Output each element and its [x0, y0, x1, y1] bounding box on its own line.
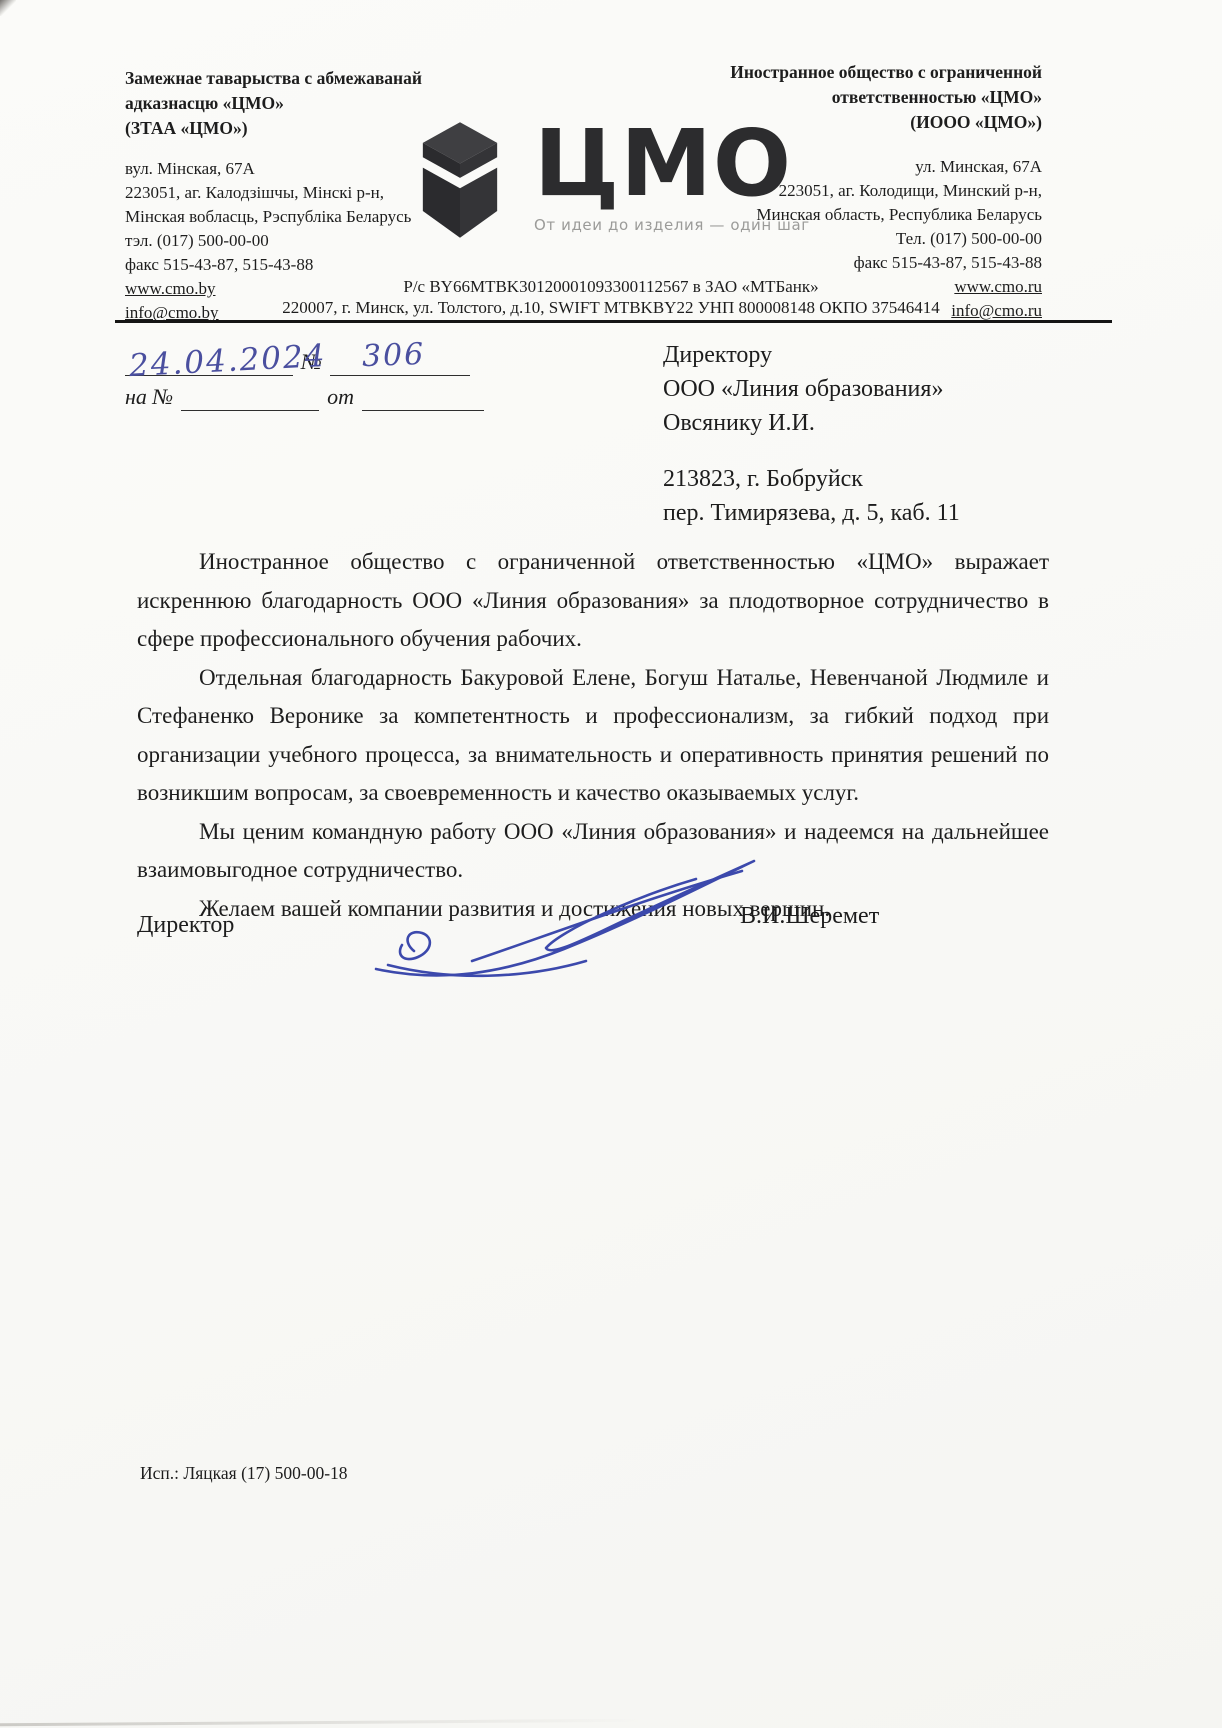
date-field-line: 24.04.2024: [125, 342, 293, 376]
box-logo-icon: [408, 116, 512, 244]
header-divider-rule: [115, 320, 1112, 323]
recipient-block: Директору ООО «Линия образования» Овсяни…: [663, 338, 960, 530]
bank-details: Р/с BY66MTBK30120001093300112567 в ЗАО «…: [0, 276, 1222, 318]
recipient-street: пер. Тимирязева, д. 5, каб. 11: [663, 496, 960, 530]
reply-na-label: на №: [125, 384, 181, 411]
bank-address-line: 220007, г. Минск, ул. Толстого, д.10, SW…: [0, 297, 1222, 318]
signatory-name: В.И.Шеремет: [740, 903, 879, 930]
logo-tagline: От идеи до изделия — один шаг: [534, 216, 810, 234]
sender-title-by-line2: адказнасцю «ЦМО»: [125, 91, 460, 116]
sender-fax-by: факс 515-43-87, 515-43-88: [125, 253, 460, 277]
logo-wordmark: ЦМО: [534, 118, 810, 210]
recipient-company: ООО «Линия образования»: [663, 372, 960, 406]
scan-corner-artifact: [0, 0, 16, 16]
reply-date-line: [362, 385, 484, 411]
number-field-line: 306: [330, 342, 470, 376]
scan-bottom-edge-artifact: [0, 1719, 640, 1726]
reply-number-line: [181, 385, 319, 411]
logo-text-block: ЦМО От идеи до изделия — один шаг: [534, 116, 810, 234]
date-number-row: 24.04.2024 № 306: [125, 342, 545, 376]
signature-strokes: [376, 861, 754, 976]
bank-account-line: Р/с BY66MTBK30120001093300112567 в ЗАО «…: [0, 276, 1222, 297]
number-handwritten: 306: [361, 337, 425, 374]
sender-title-by-line1: Замежнае таварыства с абмежаванай: [125, 66, 460, 91]
recipient-position: Директору: [663, 338, 960, 372]
sender-fax-ru: факс 515-43-87, 515-43-88: [672, 251, 1042, 275]
signature-autograph: [352, 845, 782, 990]
recipient-postcode-city: 213823, г. Бобруйск: [663, 462, 960, 496]
reply-to-row: на № от: [125, 384, 545, 411]
body-paragraph-1: Иностранное общество с ограниченной отве…: [137, 543, 1049, 659]
company-logo: ЦМО От идеи до изделия — один шаг: [408, 116, 810, 244]
body-paragraph-2: Отдельная благодарность Бакуровой Елене,…: [137, 659, 1049, 813]
scanned-letter-page: Замежнае таварыства с абмежаванай адказн…: [0, 0, 1222, 1728]
recipient-gap: [663, 440, 960, 462]
reply-ot-label: от: [319, 384, 362, 411]
executor-note: Исп.: Ляцкая (17) 500-00-18: [140, 1463, 348, 1484]
sender-title-ru-line1: Иностранное общество с ограниченной: [672, 60, 1042, 85]
sender-title-ru-line2: ответственностью «ЦМО»: [672, 85, 1042, 110]
recipient-person: Овсянику И.И.: [663, 406, 960, 440]
signatory-title: Директор: [137, 912, 234, 939]
reference-block: 24.04.2024 № 306 на № от: [125, 342, 545, 411]
date-handwritten: 24.04.2024: [128, 338, 327, 384]
